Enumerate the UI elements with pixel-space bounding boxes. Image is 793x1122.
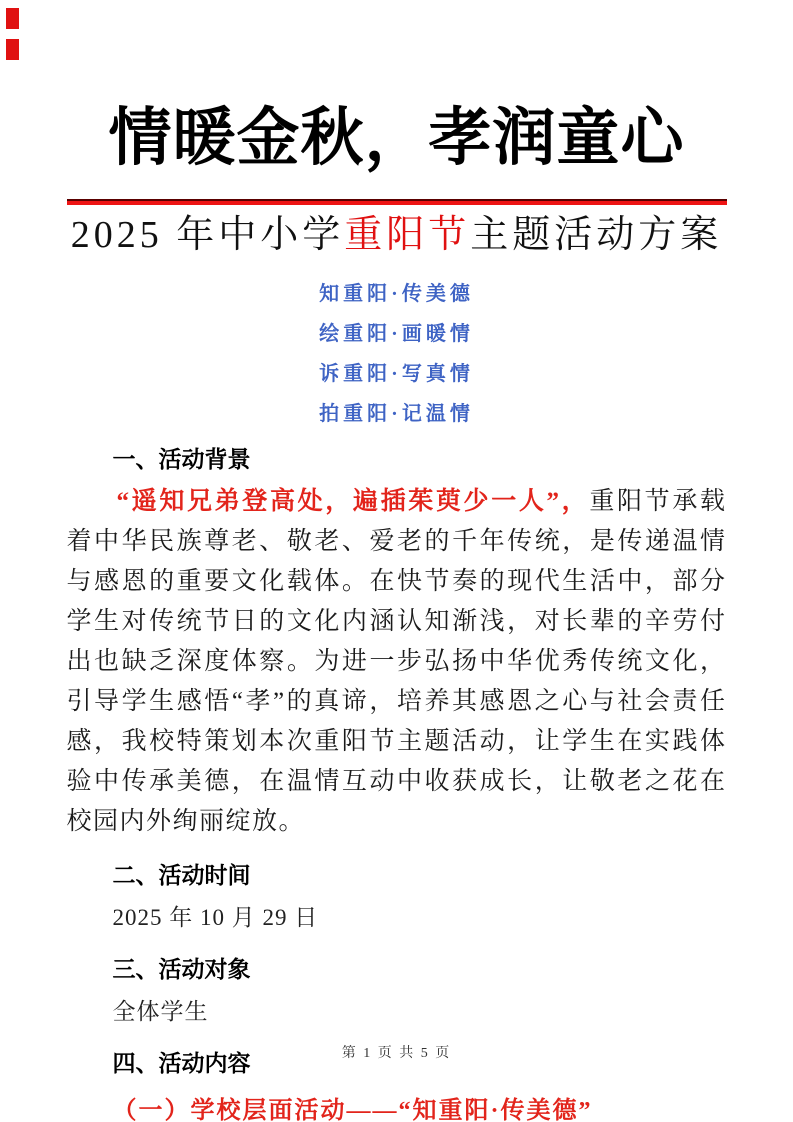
poem-quote: “遥知兄弟登高处，遍插茱萸少一人”， (117, 488, 590, 515)
slogan-item: 知重阳·传美德 (67, 274, 727, 314)
slogan-list: 知重阳·传美德 绘重阳·画暖情 诉重阳·写真情 拍重阳·记温情 (67, 274, 727, 434)
subsection-school-level: （一）学校层面活动——“知重阳·传美德” (67, 1092, 727, 1122)
red-corner-mark (6, 8, 19, 29)
slogan-item: 拍重阳·记温情 (67, 394, 727, 434)
red-corner-mark (6, 39, 19, 60)
background-text: 重阳节承载着中华民族尊老、敬老、爱老的千年传统，是传递温情与感恩的重要文化载体。… (67, 488, 727, 835)
subtitle-highlight: 重阳节 (344, 214, 470, 256)
page-number-footer: 第 1 页 共 5 页 (0, 1042, 793, 1062)
slogan-item: 诉重阳·写真情 (67, 354, 727, 394)
page-title: 情暖金秋，孝润童心 (67, 86, 727, 190)
document-page: { "colors":{ "accent_red":"#e01111", "sl… (0, 0, 793, 1122)
activity-audience: 全体学生 (67, 994, 727, 1030)
title-divider-rule (67, 199, 727, 205)
section-heading-audience: 三、活动对象 (67, 952, 727, 986)
page-subtitle: 2025 年中小学重阳节主题活动方案 (67, 212, 727, 258)
subtitle-prefix: 2025 年中小学 (71, 214, 345, 256)
corner-marks (6, 8, 20, 70)
section-heading-time: 二、活动时间 (67, 858, 727, 892)
slogan-item: 绘重阳·画暖情 (67, 314, 727, 354)
subtitle-suffix: 主题活动方案 (470, 214, 722, 256)
document-content: 情暖金秋，孝润童心 2025 年中小学重阳节主题活动方案 知重阳·传美德 绘重阳… (67, 0, 727, 1122)
activity-date: 2025 年 10 月 29 日 (67, 900, 727, 936)
background-paragraph: “遥知兄弟登高处，遍插茱萸少一人”，重阳节承载着中华民族尊老、敬老、爱老的千年传… (67, 482, 727, 842)
section-heading-background: 一、活动背景 (67, 442, 727, 476)
